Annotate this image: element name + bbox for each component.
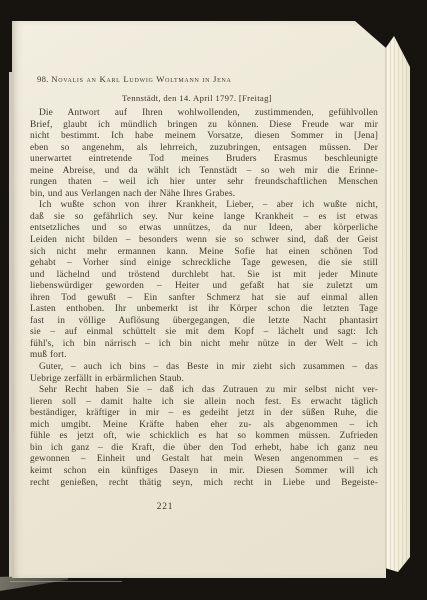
letter-line: Ich wußte schon von ihrer Krankheit, Lie… (30, 200, 378, 212)
letter-line: 15sich nicht mehr ermannen kann. Meine S… (30, 247, 378, 259)
letter-number: 98. (37, 74, 49, 84)
letter-line: gewonnen – Einheit und Gestalt hat mein … (30, 454, 378, 466)
letter-line: 10bin, und aus Verlangen nach der Nähe I… (30, 189, 378, 201)
letter-line: meine Abreise, und da wählt ich Tennstäd… (30, 166, 378, 178)
letter-line: entsetzliches und so etwas unnützes, da … (30, 223, 378, 235)
letter-line: lieren soll – damit halte ich sie allein… (30, 397, 378, 409)
letter-line: eben so angenehm, als lehrreich, zuzubri… (30, 143, 378, 155)
letter-body: Die Antwort auf Ihren wohlwollenden, zus… (30, 108, 378, 489)
letter-line: gehabt – Vorher sind einige schreckliche… (30, 258, 378, 270)
letter-line: 30mich umgibt. Meine Kräfte haben eher z… (30, 420, 378, 432)
letter-heading-title: Novalis an Karl Ludwig Woltmann in Jena (51, 74, 231, 84)
page-number: 221 (30, 502, 300, 512)
letter-line: sie – auf einmal schüttelt sie mit dem K… (30, 327, 378, 339)
letter-line: keimt schon ein künftiges Daseyn in mir.… (30, 466, 378, 478)
letter-line: fühl's, ich bin närrisch – ich bin nicht… (30, 339, 378, 351)
letter-line: muß fort. (30, 350, 378, 362)
letter-line: unerwartet eintretende Tod meines Bruder… (30, 154, 378, 166)
letter-line: rungen thaten – weil ich hier unter sehr… (30, 177, 378, 189)
letter-line: 25Guter, – auch ich bins – das Beste in … (30, 362, 378, 374)
letter-line: bin ich ganz – die Kraft, die über den T… (30, 443, 378, 455)
letter-text-block: 98. Novalis an Karl Ludwig Woltmann in J… (30, 21, 378, 578)
page-bottom-edge-line (10, 581, 122, 582)
letter-line: Brief, glaubt ich mündlich bringen zu kö… (30, 120, 378, 132)
letter-line: Sehr Recht haben Sie – daß ich das Zutra… (30, 385, 378, 397)
book-fore-edge-pages (385, 33, 410, 575)
letter-line: und lächelnd und tröstend durchlebt hat.… (30, 270, 378, 282)
letter-line: fühle es jetzt oft, wie schicklich es ha… (30, 431, 378, 443)
letter-line: liebenswürdiger geworden – Heiter und ge… (30, 281, 378, 293)
book-scan: 98. Novalis an Karl Ludwig Woltmann in J… (0, 0, 427, 600)
letter-line: fast in völlige Auflösung übergegangen, … (30, 316, 378, 328)
letter-line: 20Lasten enthoben. Ihr unbemerkt ist ihr… (30, 304, 378, 316)
letter-line: daß sie so gefährlich sey. Nur keine lan… (30, 212, 378, 224)
book-page: 98. Novalis an Karl Ludwig Woltmann in J… (12, 21, 386, 578)
letter-dateline: Tennstädt, den 14. April 1797. [Freitag] (30, 93, 364, 103)
letter-heading: 98. Novalis an Karl Ludwig Woltmann in J… (30, 74, 378, 84)
letter-line: Uebrige zerfällt in erbärmlichen Staub. (30, 374, 378, 386)
letter-line: 5nicht bestimmt. Ich habe meinem Vorsatz… (30, 131, 378, 143)
letter-line: beständiger, kräftiger in mir – es gedei… (30, 408, 378, 420)
underlying-page-sliver (9, 72, 12, 577)
letter-line: ihren Tod gewußt – Ein sanfter Schmerz h… (30, 293, 378, 305)
letter-line: Leiden nicht bilden – besonders wenn sie… (30, 235, 378, 247)
letter-line: 35recht genießen, recht thätig seyn, mic… (30, 478, 378, 490)
letter-line: Die Antwort auf Ihren wohlwollenden, zus… (30, 108, 378, 120)
